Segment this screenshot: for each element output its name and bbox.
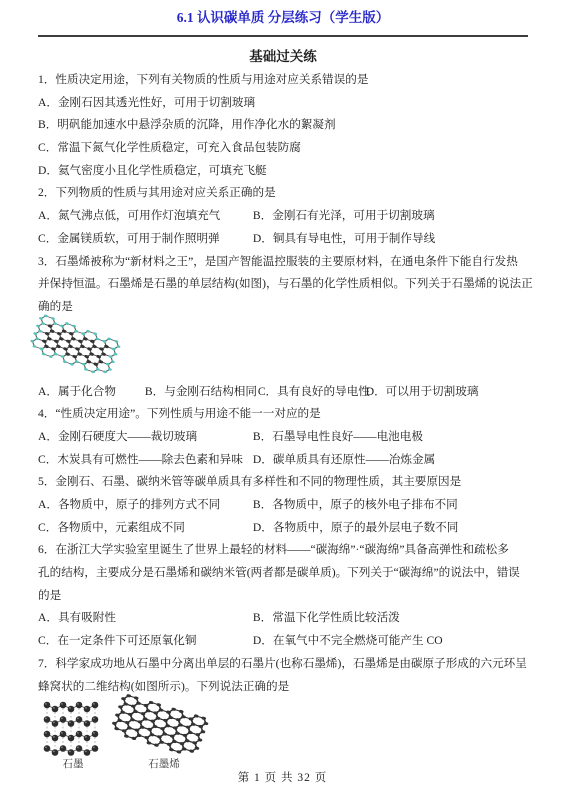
question-3-option-a: A．属于化合物 [38, 381, 142, 404]
question-1-option-d: D．氦气密度小且化学性质稳定，可填充飞艇 [38, 160, 528, 183]
question-4-option-d: D．碳单质具有还原性——冶炼金属 [253, 453, 435, 466]
question-7-stem-line-2: 蜂窝状的二维结构(如图所示)。下列说法正确的是 [38, 676, 528, 699]
question-5-stem: 5．金刚石、石墨、碳纳米管等碳单质具有多样性和不同的物理性质，其主要原因是 [38, 471, 528, 494]
question-1-option-a: A．金刚石因其透光性好，可用于切割玻璃 [38, 92, 528, 115]
question-3-stem-line-1: 3．石墨烯被称为“新材料之王”，是国产智能温控服装的主要原材料，在通电条件下能自… [38, 251, 528, 274]
question-4-stem: 4．“性质决定用途”。下列性质与用途不能一一对应的是 [38, 403, 528, 426]
question-5-options-row-2: C．各物质中，元素组成不同 D．各物质中，原子的最外层电子数不同 [38, 517, 528, 540]
question-2-option-c: C．金属镁质软，可用于制作照明弹 [38, 228, 250, 251]
question-2-options-row-2: C．金属镁质软，可用于制作照明弹 D．铜具有导电性，可用于制作导线 [38, 228, 528, 251]
page-title: 6.1 认识碳单质 分层练习（学生版） [38, 0, 528, 29]
question-5-option-d: D．各物质中，原子的最外层电子数不同 [253, 521, 458, 534]
page-number: 第 1 页 共 32 页 [0, 769, 565, 785]
question-4-option-a: A．金刚石硬度大——裁切玻璃 [38, 426, 250, 449]
graphite-structure-figure [38, 699, 108, 757]
graphene-lattice-figure [118, 699, 210, 757]
question-2-options-row-1: A．氮气沸点低，可用作灯泡填充气 B．金刚石有光泽，可用于切割玻璃 [38, 205, 528, 228]
section-header: 基础过关练 [38, 45, 528, 69]
question-3-stem-line-3: 确的是 [38, 296, 528, 319]
question-2-option-b: B．金刚石有光泽，可用于切割玻璃 [253, 209, 435, 222]
question-7-stem-line-1: 7．科学家成功地从石墨中分离出单层的石墨片(也称石墨烯)，石墨烯是由碳原子形成的… [38, 653, 528, 676]
question-4-option-c: C．木炭具有可燃性——除去色素和异味 [38, 449, 250, 472]
question-2-option-d: D．铜具有导电性，可用于制作导线 [253, 232, 435, 245]
question-6-stem-line-1: 6．在浙江大学实验室里诞生了世界上最轻的材料——“碳海绵”·“碳海绵”具备高弹性… [38, 539, 528, 562]
question-5-option-b: B．各物质中，原子的核外电子排布不同 [253, 498, 458, 511]
question-7-figure-block: 石墨 石墨烯 [38, 699, 528, 773]
page-content: 6.1 认识碳单质 分层练习（学生版） 基础过关练 1．性质决定用途，下列有关物… [38, 0, 528, 773]
question-4-options-row-1: A．金刚石硬度大——裁切玻璃 B．石墨导电性良好——电池电极 [38, 426, 528, 449]
question-1-option-c: C．常温下氮气化学性质稳定，可充入食品包装防腐 [38, 137, 528, 160]
question-4-options-row-2: C．木炭具有可燃性——除去色素和异味 D．碳单质具有还原性——冶炼金属 [38, 449, 528, 472]
graphene-sheet-figure [35, 320, 131, 378]
question-3-option-d: D．可以用于切割玻璃 [366, 385, 479, 398]
question-6-option-a: A．具有吸附性 [38, 607, 250, 630]
question-6-option-d: D．在氧气中不完全燃烧可能产生 CO [253, 634, 443, 647]
header-divider [38, 35, 528, 37]
question-5-options-row-1: A．各物质中，原子的排列方式不同 B．各物质中，原子的核外电子排布不同 [38, 494, 528, 517]
question-1-stem: 1．性质决定用途，下列有关物质的性质与用途对应关系错误的是 [38, 69, 528, 92]
question-6-option-b: B．常温下化学性质比较活泼 [253, 611, 400, 624]
question-6-options-row-1: A．具有吸附性 B．常温下化学性质比较活泼 [38, 607, 528, 630]
question-3-figure-block [38, 319, 528, 381]
question-6-stem-line-2: 孔的结构，主要成分是石墨烯和碳纳米管(两者都是碳单质)。下列关于“碳海绵”的说法… [38, 562, 528, 585]
question-5-option-c: C．各物质中，元素组成不同 [38, 517, 250, 540]
question-4-option-b: B．石墨导电性良好——电池电极 [253, 430, 423, 443]
question-6-option-c: C．在一定条件下可还原氧化铜 [38, 630, 250, 653]
worksheet-page: 6.1 认识碳单质 分层练习（学生版） 基础过关练 1．性质决定用途，下列有关物… [0, 0, 565, 800]
question-2-stem: 2．下列物质的性质与其用途对应关系正确的是 [38, 182, 528, 205]
question-3-option-b: B．与金刚石结构相同 [145, 381, 255, 404]
question-6-stem-line-3: 的是 [38, 585, 528, 608]
question-1-option-b: B．明矾能加速水中悬浮杂质的沉降，用作净化水的絮凝剂 [38, 114, 528, 137]
question-6-options-row-2: C．在一定条件下可还原氧化铜 D．在氧气中不完全燃烧可能产生 CO [38, 630, 528, 653]
question-3-stem-line-2: 并保持恒温。石墨烯是石墨的单层结构(如图)，与石墨的化学性质相似。下列关于石墨烯… [38, 273, 528, 296]
question-5-option-a: A．各物质中，原子的排列方式不同 [38, 494, 250, 517]
question-3-option-c: C．具有良好的导电性 [258, 381, 363, 404]
question-2-option-a: A．氮气沸点低，可用作灯泡填充气 [38, 205, 250, 228]
question-3-options-row: A．属于化合物 B．与金刚石结构相同 C．具有良好的导电性 D．可以用于切割玻璃 [38, 381, 528, 404]
